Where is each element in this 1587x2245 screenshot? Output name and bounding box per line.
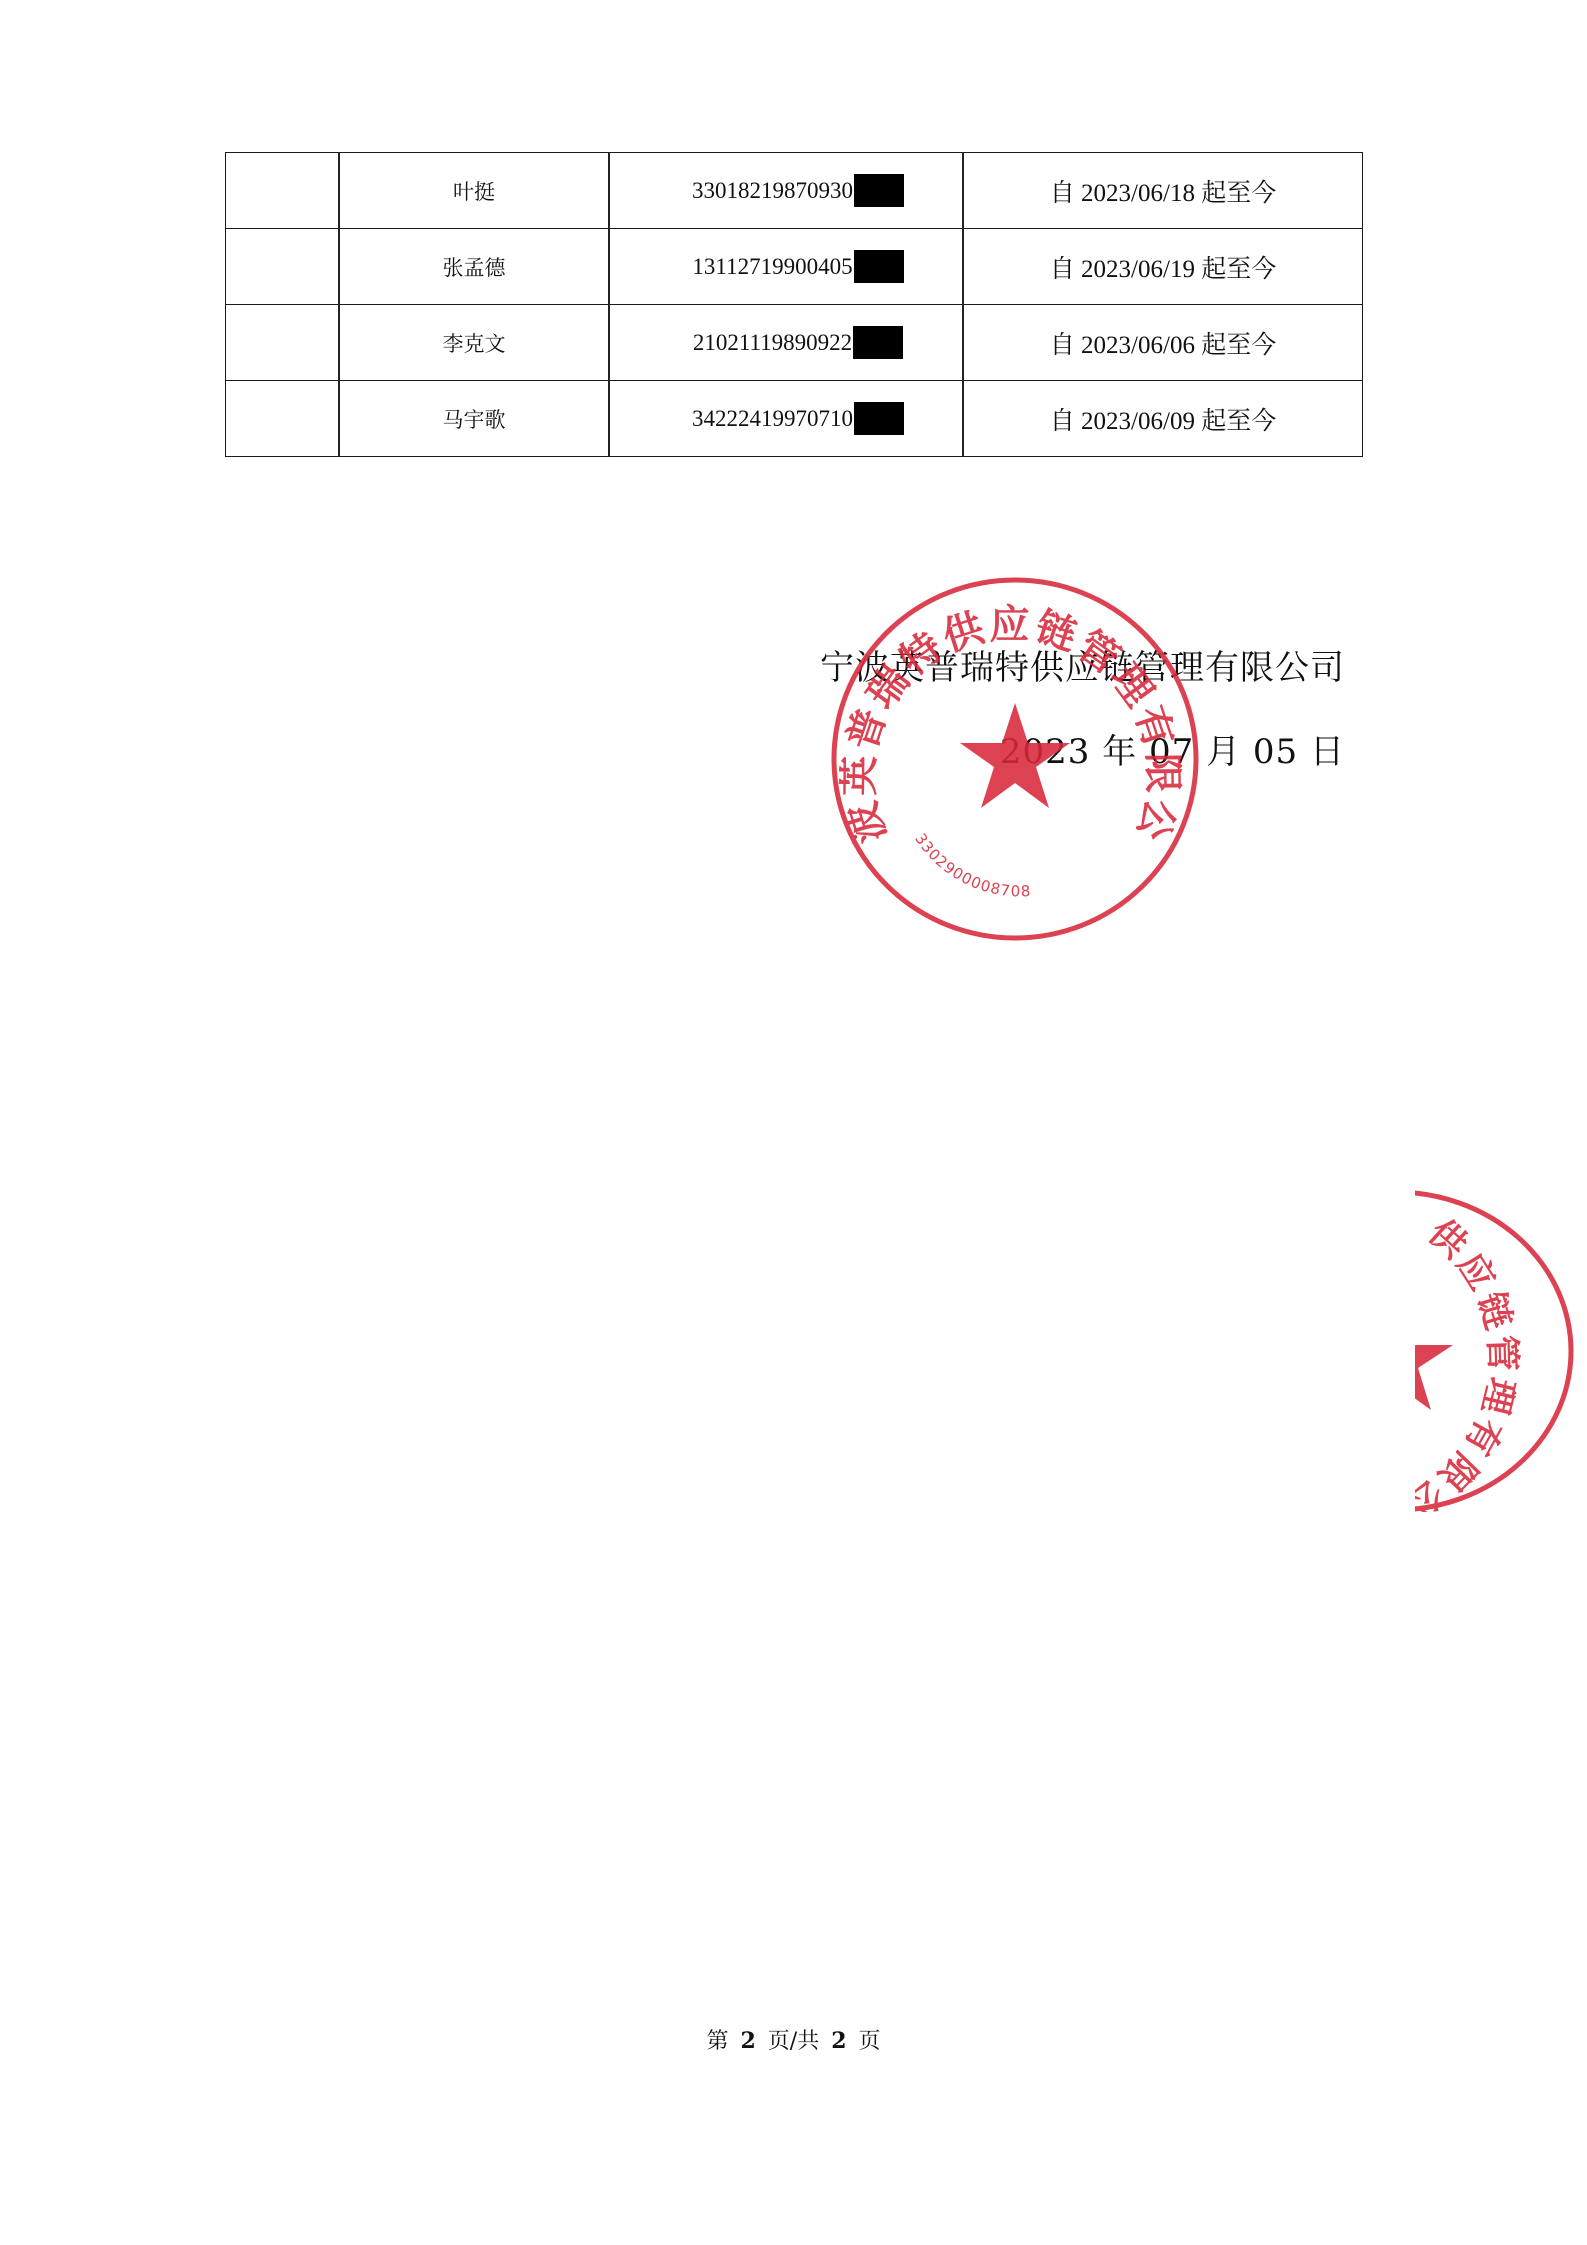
footer-prefix: 第: [706, 2029, 728, 2054]
company-seal: 宁波英普瑞特供应链管理有限公司 3302900008708: [830, 576, 1200, 942]
page-footer: 第2页/共2页: [0, 2024, 1587, 2055]
star-icon: [960, 703, 1070, 808]
period-cell: 自 2023/06/18 起至今: [963, 153, 1363, 229]
name-cell: 李克文: [339, 305, 609, 381]
employee-table: 叶挺33018219870930自 2023/06/18 起至今张孟德13112…: [225, 152, 1363, 457]
redaction-box: [854, 250, 904, 283]
seal-code: 3302900008708: [911, 830, 1031, 900]
blank-cell: [226, 153, 340, 229]
current-page: 2: [740, 2028, 755, 2054]
seal-text: 宁波英普瑞特供应链管理有限公司: [830, 576, 1185, 848]
id-cell: 21021119890922: [609, 305, 963, 381]
total-pages: 2: [831, 2028, 846, 2054]
table-row: 张孟德13112719900405自 2023/06/19 起至今: [226, 229, 1363, 305]
svg-text:3302900008708: 3302900008708: [911, 830, 1031, 900]
id-number: 34222419970710: [692, 406, 853, 432]
period-cell: 自 2023/06/09 起至今: [963, 381, 1363, 457]
redaction-box: [853, 326, 903, 359]
footer-middle: 页/共: [768, 2029, 819, 2054]
name-cell: 马宇歌: [339, 381, 609, 457]
cross-page-seal: 供应链管理有限公司: [1415, 1190, 1575, 1512]
svg-text:宁波英普瑞特供应链管理有限公司: 宁波英普瑞特供应链管理有限公司: [830, 576, 1185, 848]
id-number: 33018219870930: [692, 178, 853, 204]
table-row: 叶挺33018219870930自 2023/06/18 起至今: [226, 153, 1363, 229]
table-row: 马宇歌34222419970710自 2023/06/09 起至今: [226, 381, 1363, 457]
blank-cell: [226, 229, 340, 305]
id-number: 21021119890922: [693, 330, 852, 356]
table-row: 李克文21021119890922自 2023/06/06 起至今: [226, 305, 1363, 381]
star-icon: [1415, 1305, 1453, 1410]
name-cell: 叶挺: [339, 153, 609, 229]
period-cell: 自 2023/06/06 起至今: [963, 305, 1363, 381]
period-cell: 自 2023/06/19 起至今: [963, 229, 1363, 305]
name-cell: 张孟德: [339, 229, 609, 305]
redaction-box: [854, 174, 904, 207]
id-cell: 33018219870930: [609, 153, 963, 229]
blank-cell: [226, 305, 340, 381]
redaction-box: [854, 402, 904, 435]
id-number: 13112719900405: [692, 254, 852, 280]
id-cell: 34222419970710: [609, 381, 963, 457]
footer-suffix: 页: [859, 2029, 881, 2054]
id-cell: 13112719900405: [609, 229, 963, 305]
blank-cell: [226, 381, 340, 457]
